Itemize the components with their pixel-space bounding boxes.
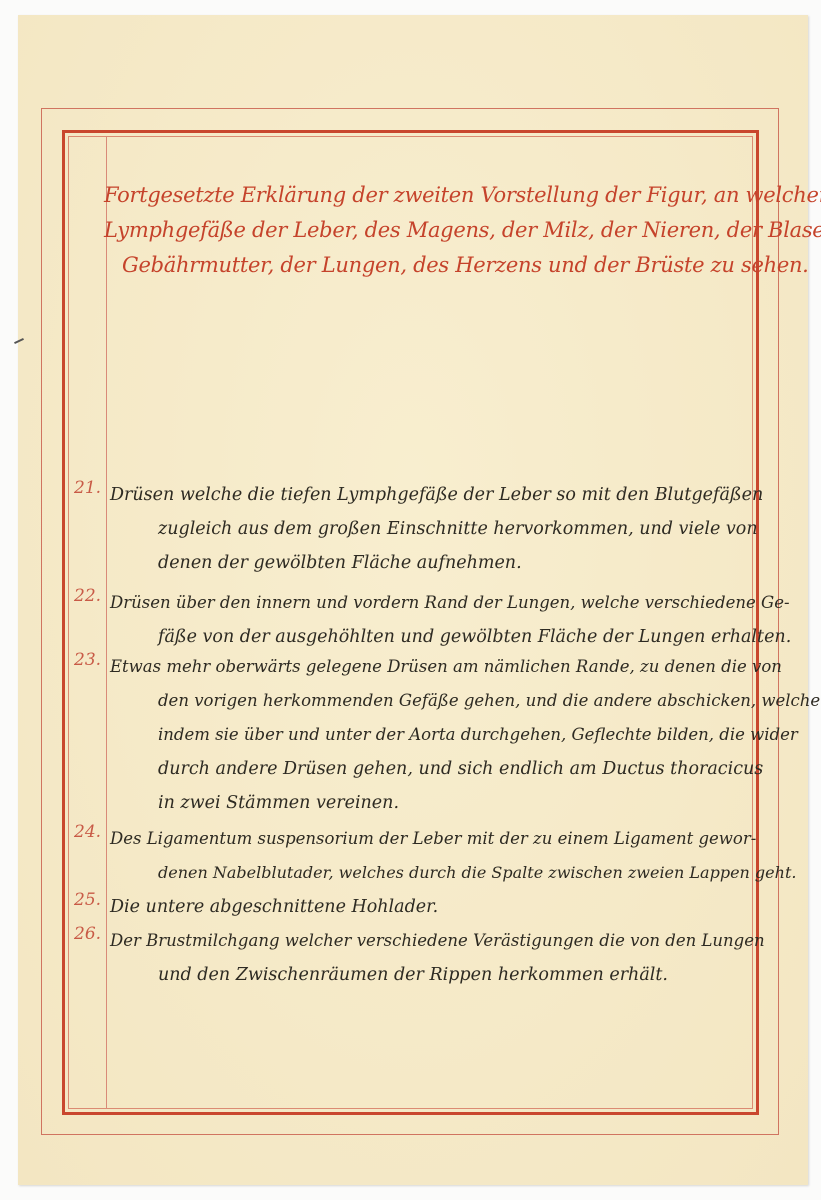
entry-number: 26. [74, 924, 104, 944]
entry-23: 23. Etwas mehr oberwärts gelegene Drüsen… [74, 650, 754, 822]
entry-line: Die untere abgeschnittene Hohlader. [74, 890, 754, 924]
entry-24: 24. Des Ligamentum suspensorium der Lebe… [74, 822, 754, 890]
entry-line: den vorigen herkommenden Gefäße gehen, u… [74, 684, 754, 718]
entry-line: indem sie über und unter der Aorta durch… [74, 718, 754, 752]
entry-line: denen Nabelblutader, welches durch die S… [74, 856, 754, 890]
title-line-2: Lymphgefäße der Leber, des Magens, der M… [88, 213, 748, 248]
entry-number: 22. [74, 586, 104, 606]
entry-line: und den Zwischenräumen der Rippen herkom… [74, 958, 754, 992]
entry-25: 25. Die untere abgeschnittene Hohlader. [74, 890, 754, 924]
entry-list: 21. Drüsen welche die tiefen Lymphgefäße… [74, 478, 754, 992]
entry-line: Drüsen welche die tiefen Lymphgefäße der… [74, 478, 754, 512]
entry-line: Der Brustmilchgang welcher verschiedene … [74, 924, 754, 958]
entry-number: 24. [74, 822, 104, 842]
entry-22: 22. Drüsen über den innern und vordern R… [74, 586, 754, 650]
entry-line: Des Ligamentum suspensorium der Leber mi… [74, 822, 754, 856]
entry-line: Etwas mehr oberwärts gelegene Drüsen am … [74, 650, 754, 684]
entry-line: durch andere Drüsen gehen, und sich endl… [74, 752, 754, 786]
page-title: Fortgesetzte Erklärung der zweiten Vorst… [88, 178, 748, 283]
entry-26: 26. Der Brustmilchgang welcher verschied… [74, 924, 754, 992]
entry-number: 23. [74, 650, 104, 670]
title-line-1: Fortgesetzte Erklärung der zweiten Vorst… [88, 178, 748, 213]
entry-line: denen der gewölbten Fläche aufnehmen. [74, 546, 754, 580]
entry-number: 21. [74, 478, 104, 498]
title-line-3: Gebährmutter, der Lungen, des Herzens un… [88, 248, 748, 283]
entry-line: zugleich aus dem großen Einschnitte herv… [74, 512, 754, 546]
entry-line: fäße von der ausgehöhlten und gewölbten … [74, 620, 754, 654]
entry-number: 25. [74, 890, 104, 910]
entry-line: Drüsen über den innern und vordern Rand … [74, 586, 754, 620]
entry-21: 21. Drüsen welche die tiefen Lymphgefäße… [74, 478, 754, 586]
entry-line: in zwei Stämmen vereinen. [74, 786, 754, 820]
